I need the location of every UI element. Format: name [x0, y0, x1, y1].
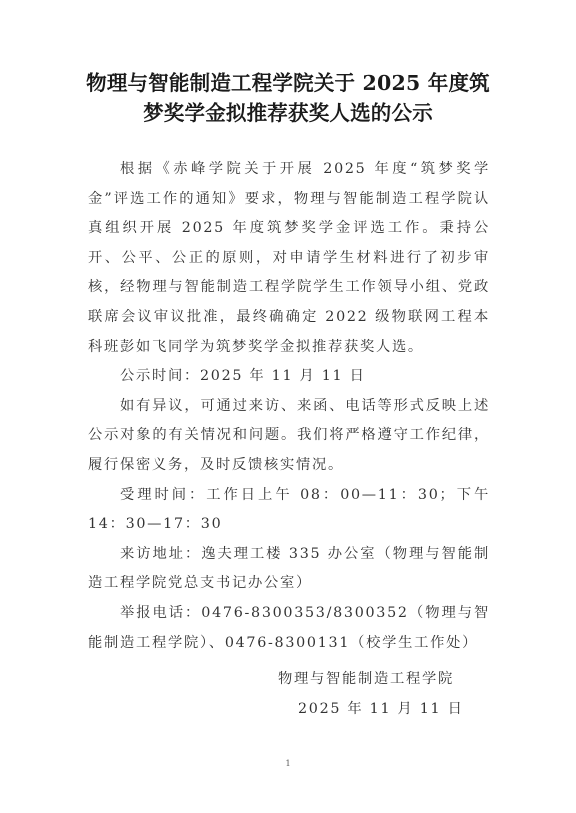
paragraph-report-phone: 举报电话：0476-8300353/8300352（物理与智能制造工程学院）、0…: [88, 599, 490, 658]
paragraph-objection: 如有异议，可通过来访、来函、电话等形式反映上述公示对象的有关情况和问题。我们将严…: [88, 392, 490, 481]
page-number: 1: [282, 759, 294, 768]
paragraph-acceptance-time: 受理时间：工作日上午 08：00—11：30；下午 14：30—17：30: [88, 481, 490, 540]
paragraph-publicity-time: 公示时间：2025 年 11 月 11 日: [88, 362, 490, 392]
paragraph-visit-address: 来访地址：逸夫理工楼 335 办公室（物理与智能制造工程学院党总支书记办公室）: [88, 540, 490, 599]
title-line-1: 物理与智能制造工程学院关于 2025 年度筑: [60, 68, 516, 98]
document-title: 物理与智能制造工程学院关于 2025 年度筑 梦奖学金拟推荐获奖人选的公示: [60, 68, 516, 128]
document-body: 根据《赤峰学院关于开展 2025 年度“筑梦奖学金”评选工作的通知》要求，物理与…: [88, 155, 490, 658]
signature-organization: 物理与智能制造工程学院: [250, 664, 490, 694]
title-line-2: 梦奖学金拟推荐获奖人选的公示: [60, 98, 516, 128]
signature-date: 2025 年 11 月 11 日: [250, 694, 490, 724]
signature-block: 物理与智能制造工程学院 2025 年 11 月 11 日: [250, 664, 490, 724]
document-page: 物理与智能制造工程学院关于 2025 年度筑 梦奖学金拟推荐获奖人选的公示 根据…: [0, 0, 576, 813]
paragraph-main: 根据《赤峰学院关于开展 2025 年度“筑梦奖学金”评选工作的通知》要求，物理与…: [88, 155, 490, 362]
